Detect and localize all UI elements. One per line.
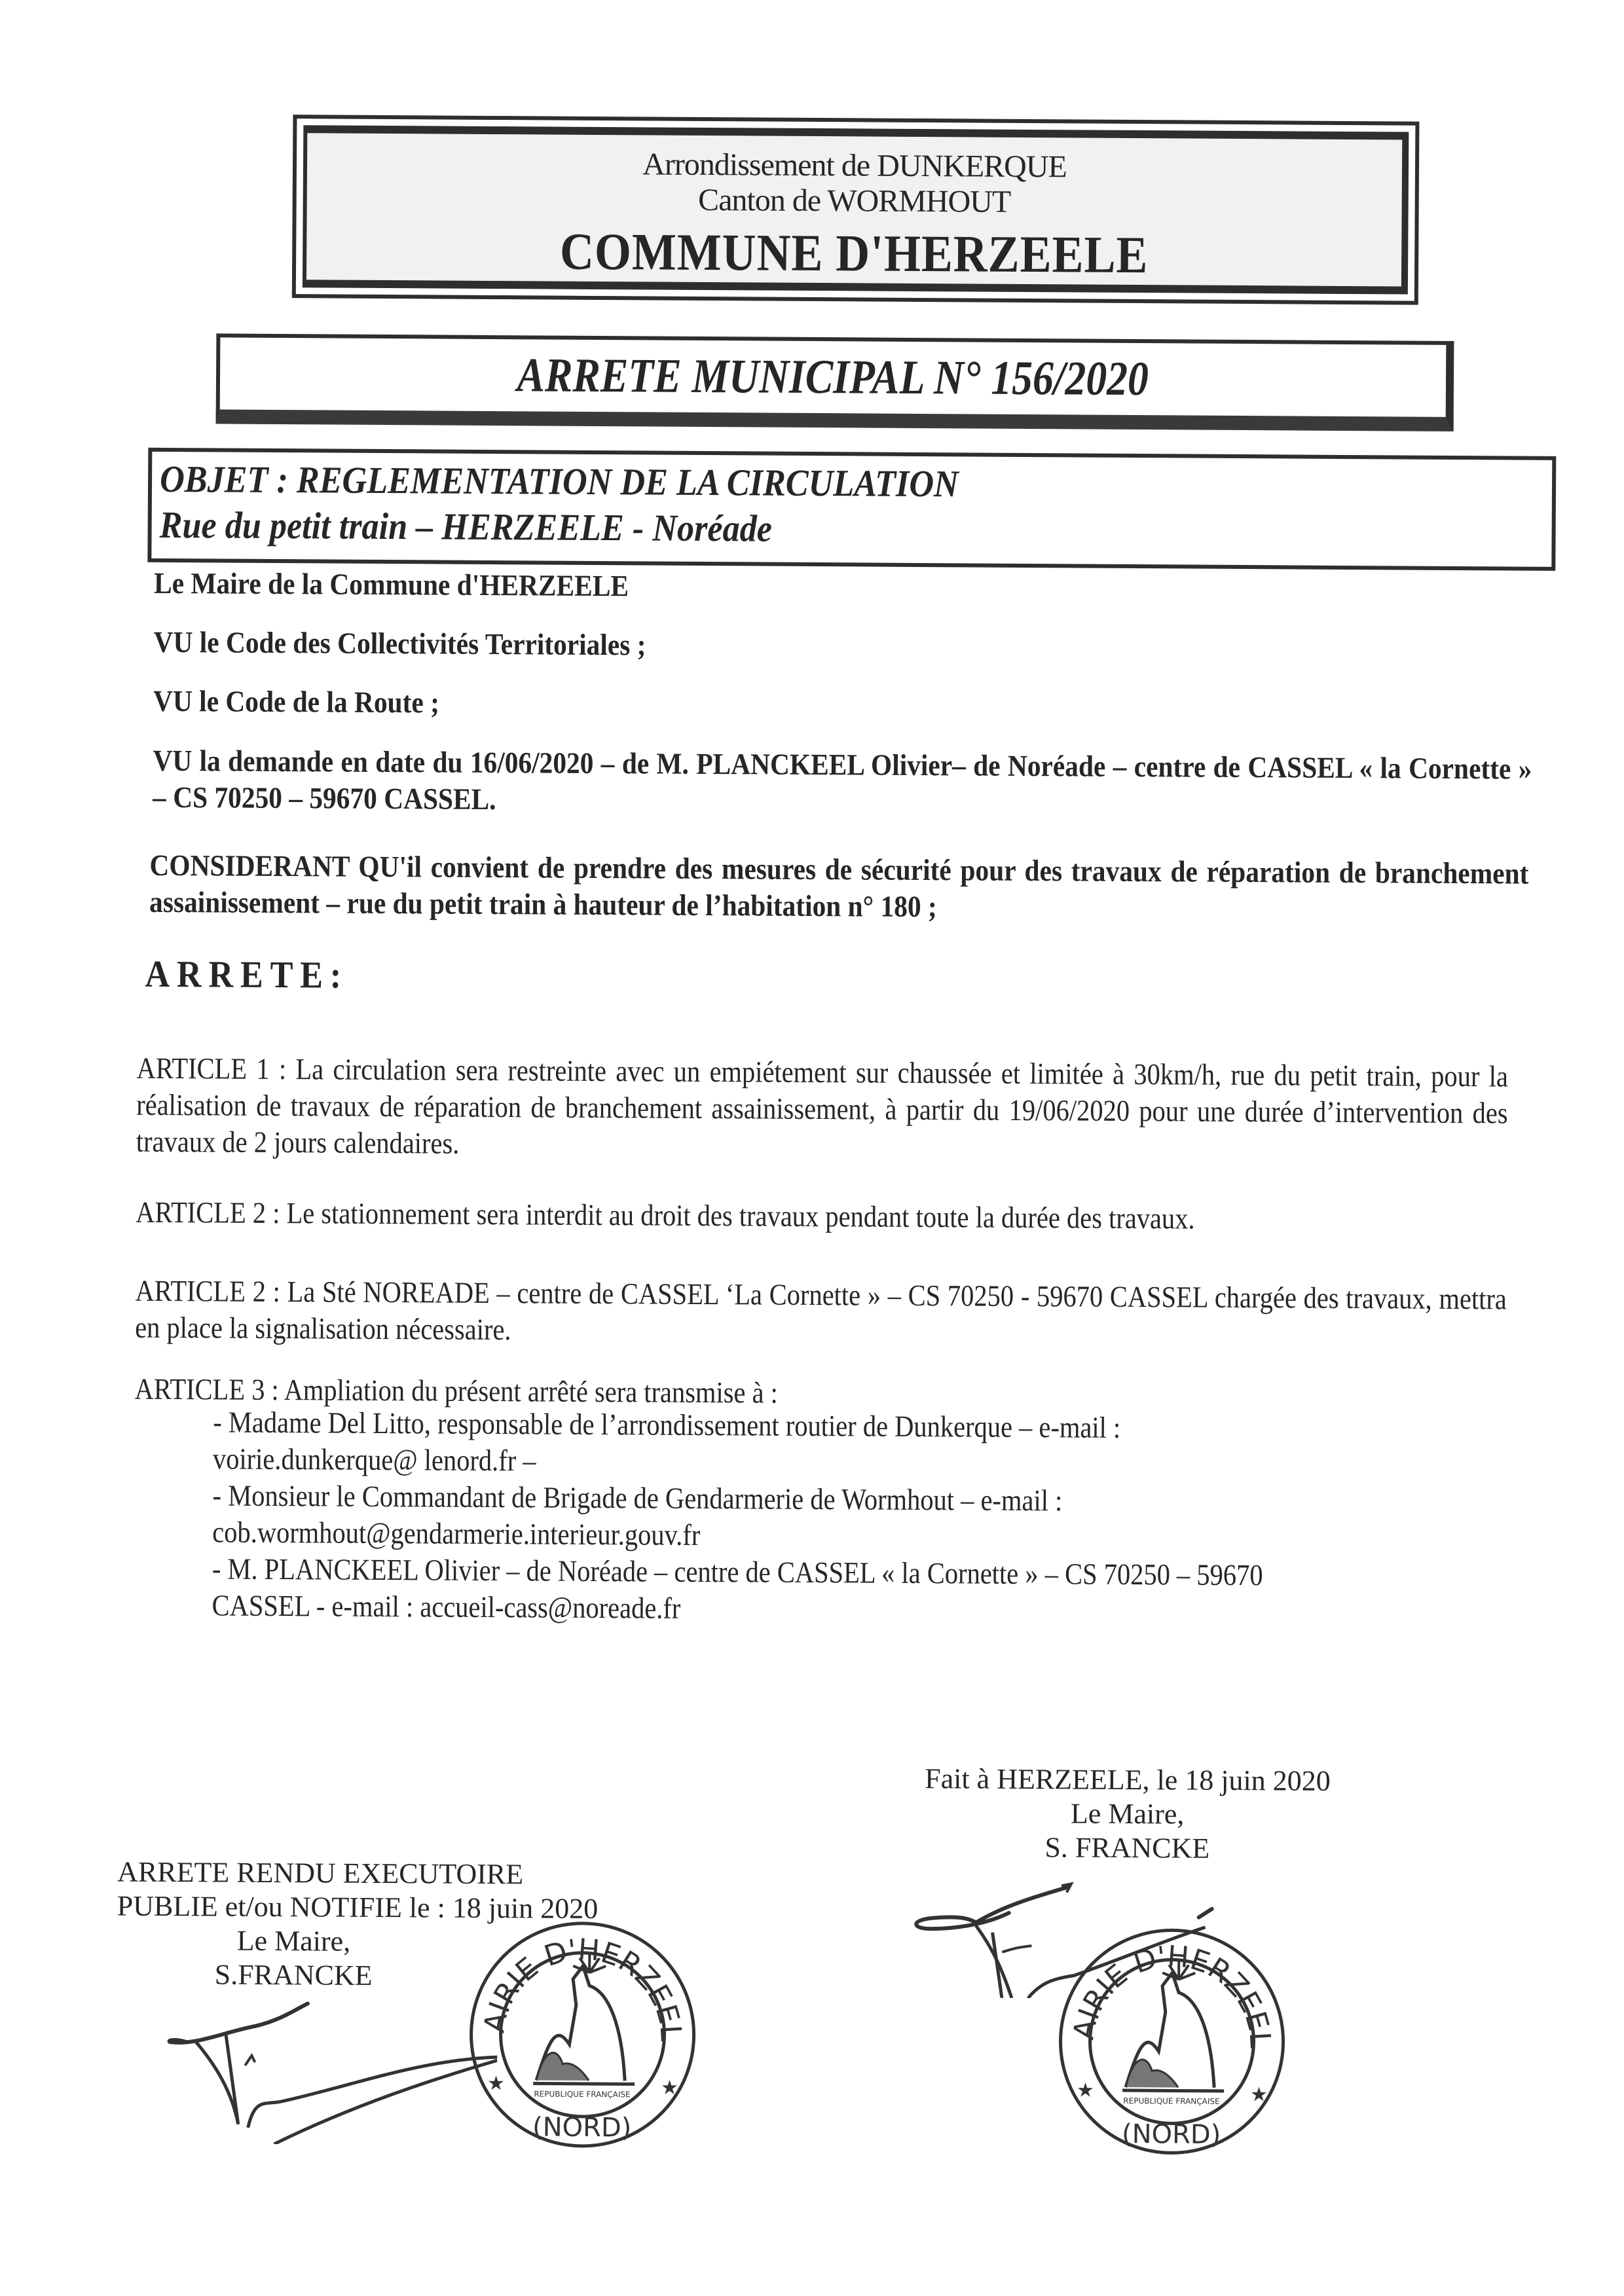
vu-demande: VU la demande en date du 16/06/2020 – de… <box>153 742 1532 824</box>
mairie-stamp-left-icon: MAIRIE D'HERZEELE (NORD) REPUBLIQUE FRAN… <box>457 1906 707 2157</box>
svg-text:(NORD): (NORD) <box>1122 2119 1221 2150</box>
vu-code-collectivites: VU le Code des Collectivités Territorial… <box>153 625 646 663</box>
commune-title: COMMUNE D'HERZEELE <box>361 221 1347 287</box>
considerant: CONSIDERANT QU'il convient de prendre de… <box>149 847 1529 929</box>
signature-left-icon <box>157 1993 498 2145</box>
objet-box: OBJET : REGLEMENTATION DE LA CIRCULATION… <box>147 448 1556 571</box>
maire-line: Le Maire de la Commune d'HERZEELE <box>154 566 629 603</box>
recipients-list: - Madame Del Litto, responsable de l’arr… <box>212 1404 1509 1631</box>
objet-location: Rue du petit train – HERZEELE - Noréade <box>159 503 772 551</box>
executoire-line1: ARRETE RENDU EXECUTOIRE <box>117 1855 707 1893</box>
document-page: Arrondissement de DUNKERQUE Canton de WO… <box>0 0 1624 2296</box>
executoire-name: S.FRANCKE <box>117 1958 470 1994</box>
fait-place-date: Fait à HERZEELE, le 18 juin 2020 <box>872 1762 1383 1799</box>
mairie-stamp-right-icon: MAIRIE D'HERZEELE (NORD) REPUBLIQUE FRAN… <box>1046 1913 1297 2163</box>
svg-text:★: ★ <box>661 2077 678 2099</box>
arrete-number-box: ARRETE MUNICIPAL N° 156/2020 <box>216 333 1454 431</box>
svg-text:★: ★ <box>1250 2084 1268 2105</box>
fait-role: Le Maire, <box>872 1796 1382 1833</box>
fait-name: S. FRANCKE <box>872 1830 1382 1867</box>
arrete-title: ARRETE MUNICIPAL N° 156/2020 <box>517 339 1149 415</box>
executoire-role: Le Maire, <box>117 1923 470 1959</box>
svg-text:REPUBLIQUE FRANÇAISE: REPUBLIQUE FRANÇAISE <box>1123 2096 1219 2106</box>
article-2-noreade: ARTICLE 2 : La Sté NOREADE – centre de C… <box>135 1273 1507 1355</box>
recipient-planckeel-email: CASSEL - e-mail : accueil-cass@noreade.f… <box>212 1587 1508 1631</box>
vu-code-route: VU le Code de la Route ; <box>153 683 439 720</box>
svg-text:★: ★ <box>487 2073 505 2094</box>
commune-header-box: Arrondissement de DUNKERQUE Canton de WO… <box>292 115 1420 305</box>
commune-header-inner: Arrondissement de DUNKERQUE Canton de WO… <box>303 125 1409 294</box>
arrete-heading: ARRETE: <box>145 952 348 997</box>
objet-subject: OBJET : REGLEMENTATION DE LA CIRCULATION <box>160 457 959 505</box>
svg-text:★: ★ <box>1077 2080 1094 2102</box>
svg-text:(NORD): (NORD) <box>532 2112 631 2143</box>
fait-block: Fait à HERZEELE, le 18 juin 2020 Le Mair… <box>872 1762 1383 1867</box>
article-2-stationnement: ARTICLE 2 : Le stationnement sera interd… <box>136 1194 1507 1239</box>
article-1: ARTICLE 1 : La circulation sera restrein… <box>136 1050 1508 1169</box>
svg-text:REPUBLIQUE FRANÇAISE: REPUBLIQUE FRANÇAISE <box>534 2089 630 2099</box>
canton-label: Canton de WORMHOUT <box>307 180 1402 222</box>
